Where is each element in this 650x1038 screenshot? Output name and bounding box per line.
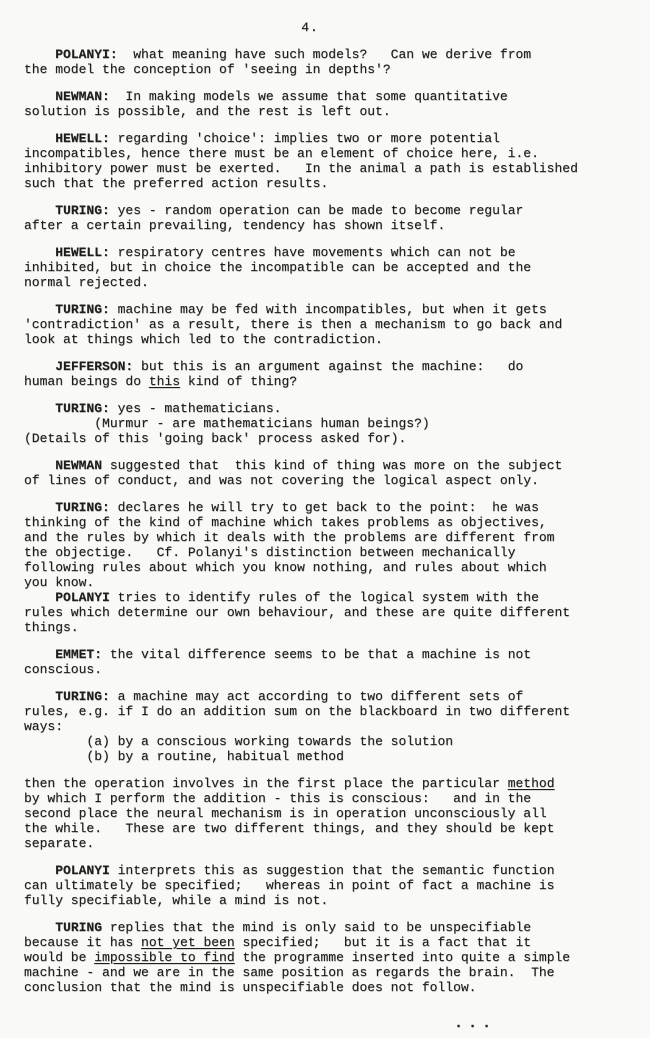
speaker-name: EMMET: <box>55 647 102 662</box>
text-run <box>24 590 55 605</box>
speaker-name: NEWMAN <box>55 458 102 473</box>
text-run <box>24 245 55 260</box>
speaker-name: POLANYI <box>55 863 110 878</box>
text-run <box>24 401 55 416</box>
paragraph: (Details of this 'going back' process as… <box>24 431 626 446</box>
text-run <box>24 689 55 704</box>
paragraph: TURING replies that the mind is only sai… <box>24 920 626 995</box>
text-run: method <box>508 776 555 791</box>
paragraph: (Murmur - are mathematicians human being… <box>24 416 626 431</box>
paragraph: NEWMAN: In making models we assume that … <box>24 89 626 119</box>
paragraph: POLANYI tries to identify rules of the l… <box>24 590 626 635</box>
speaker-name: NEWMAN: <box>55 89 110 104</box>
speaker-name: HEWELL: <box>55 245 110 260</box>
paragraph: POLANYI: what meaning have such models? … <box>24 47 626 77</box>
text-run <box>24 302 55 317</box>
paragraph: HEWELL: regarding 'choice': implies two … <box>24 131 626 191</box>
text-run <box>24 500 55 515</box>
paragraph: TURING: a machine may act according to t… <box>24 689 626 734</box>
text-run <box>24 203 55 218</box>
document-page: 4. POLANYI: what meaning have such model… <box>0 0 650 1038</box>
speaker-name: HEWELL: <box>55 131 110 146</box>
document-body: POLANYI: what meaning have such models? … <box>24 47 626 995</box>
paragraph: JEFFERSON: but this is an argument again… <box>24 359 626 389</box>
speaker-name: TURING: <box>55 500 110 515</box>
text-run <box>24 647 55 662</box>
text-run <box>24 89 55 104</box>
paragraph: TURING: declares he will try to get back… <box>24 500 626 590</box>
page-number: 4. <box>24 20 596 35</box>
text-run: (Murmur - are mathematicians human being… <box>24 416 430 431</box>
text-run: this <box>149 374 180 389</box>
text-run: impossible to find <box>94 950 234 965</box>
paragraph: TURING: machine may be fed with incompat… <box>24 302 626 347</box>
text-run <box>24 920 55 935</box>
speaker-name: POLANYI: <box>55 47 117 62</box>
paragraph: TURING: yes - mathematicians. <box>24 401 626 416</box>
paragraph: HEWELL: respiratory centres have movemen… <box>24 245 626 290</box>
end-ellipsis: ... <box>24 1016 626 1031</box>
speaker-name: JEFFERSON: <box>55 359 133 374</box>
speaker-name: TURING: <box>55 203 110 218</box>
paragraph: POLANYI interprets this as suggestion th… <box>24 863 626 908</box>
text-run: suggested that this kind of thing was mo… <box>24 458 562 488</box>
text-run: by which I perform the addition - this i… <box>24 791 555 851</box>
speaker-name: TURING: <box>55 689 110 704</box>
paragraph: EMMET: the vital difference seems to be … <box>24 647 626 677</box>
text-run: kind of thing? <box>180 374 297 389</box>
text-run <box>24 359 55 374</box>
text-run <box>24 458 55 473</box>
speaker-name: POLANYI <box>55 590 110 605</box>
text-run: (Details of this 'going back' process as… <box>24 431 406 446</box>
speaker-name: TURING <box>55 920 102 935</box>
text-run: yes - mathematicians. <box>110 401 282 416</box>
speaker-name: TURING: <box>55 401 110 416</box>
speaker-name: TURING: <box>55 302 110 317</box>
text-run: (a) by a conscious working towards the s… <box>24 734 453 764</box>
text-run: then the operation involves in the first… <box>24 776 508 791</box>
text-run <box>24 47 55 62</box>
text-run <box>24 131 55 146</box>
paragraph: NEWMAN suggested that this kind of thing… <box>24 458 626 488</box>
text-run <box>24 863 55 878</box>
paragraph: (a) by a conscious working towards the s… <box>24 734 626 764</box>
paragraph: TURING: yes - random operation can be ma… <box>24 203 626 233</box>
text-run: not yet been <box>141 935 235 950</box>
paragraph: then the operation involves in the first… <box>24 776 626 851</box>
